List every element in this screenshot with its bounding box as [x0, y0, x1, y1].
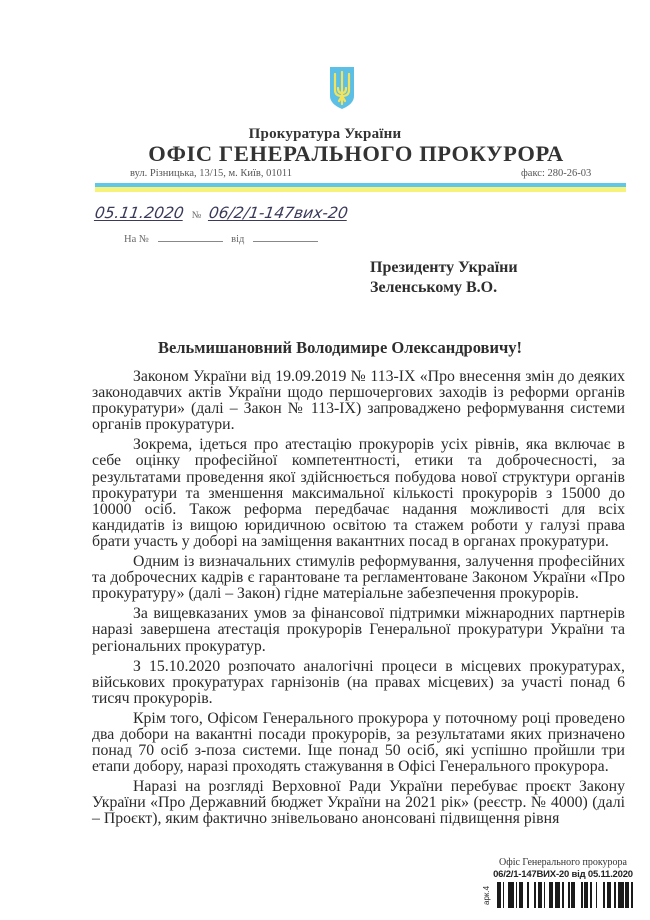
flag-stripe-yellow	[95, 187, 626, 192]
barcode-icon	[497, 882, 637, 908]
paragraph: Крім того, Офісом Генерального прокурора…	[92, 711, 625, 775]
trident-emblem-icon	[328, 66, 356, 110]
barcode-bar	[633, 882, 637, 908]
incoming-reference: На № від	[124, 232, 324, 245]
recipient-title: Президенту України	[370, 258, 518, 278]
ref-prefix-label: На №	[124, 234, 149, 245]
salutation: Вельмишановний Володимире Олександровичу…	[0, 338, 650, 358]
fax-number: факс: 280-26-03	[521, 168, 591, 179]
sheet-label: арк.4	[482, 882, 492, 908]
organization-title: ОФІС ГЕНЕРАЛЬНОГО ПРОКУРОРА	[0, 141, 650, 167]
paragraph: Наразі на розгляді Верховної Ради Україн…	[92, 779, 625, 827]
recipient-name: Зеленському В.О.	[370, 278, 518, 298]
paragraph: З 15.10.2020 розпочато аналогічні процес…	[92, 659, 625, 707]
outgoing-registration: 05.11.2020 № 06/2/1-147вих-20	[95, 204, 348, 222]
office-address: вул. Різницька, 13/15, м. Київ, 01011	[130, 168, 292, 179]
recipient-block: Президенту України Зеленському В.О.	[370, 258, 518, 298]
stamp-office: Офіс Генерального прокурора	[488, 857, 638, 869]
paragraph: Зокрема, ідеться про атестацію прокурорі…	[92, 437, 625, 550]
handwritten-number: 06/2/1-147вих-20	[208, 204, 349, 222]
stamp-reg-number: 06/2/1-147ВИХ-20 від 05.11.2020	[488, 869, 638, 881]
paragraph: Законом України від 19.09.2019 № 113-IX …	[92, 369, 625, 433]
ref-from-label: від	[231, 234, 244, 245]
flag-stripe	[95, 183, 626, 192]
ref-date-blank	[253, 232, 318, 242]
handwritten-date: 05.11.2020	[94, 204, 185, 222]
ref-number-blank	[158, 232, 223, 242]
letter-body: Законом України від 19.09.2019 № 113-IX …	[92, 369, 625, 832]
paragraph: Одним із визначальних стимулів реформува…	[92, 554, 625, 602]
number-sign: №	[192, 210, 202, 221]
paragraph: За вищевказаних умов за фінансової підтр…	[92, 606, 625, 654]
registration-stamp: Офіс Генерального прокурора 06/2/1-147ВИ…	[488, 857, 638, 881]
